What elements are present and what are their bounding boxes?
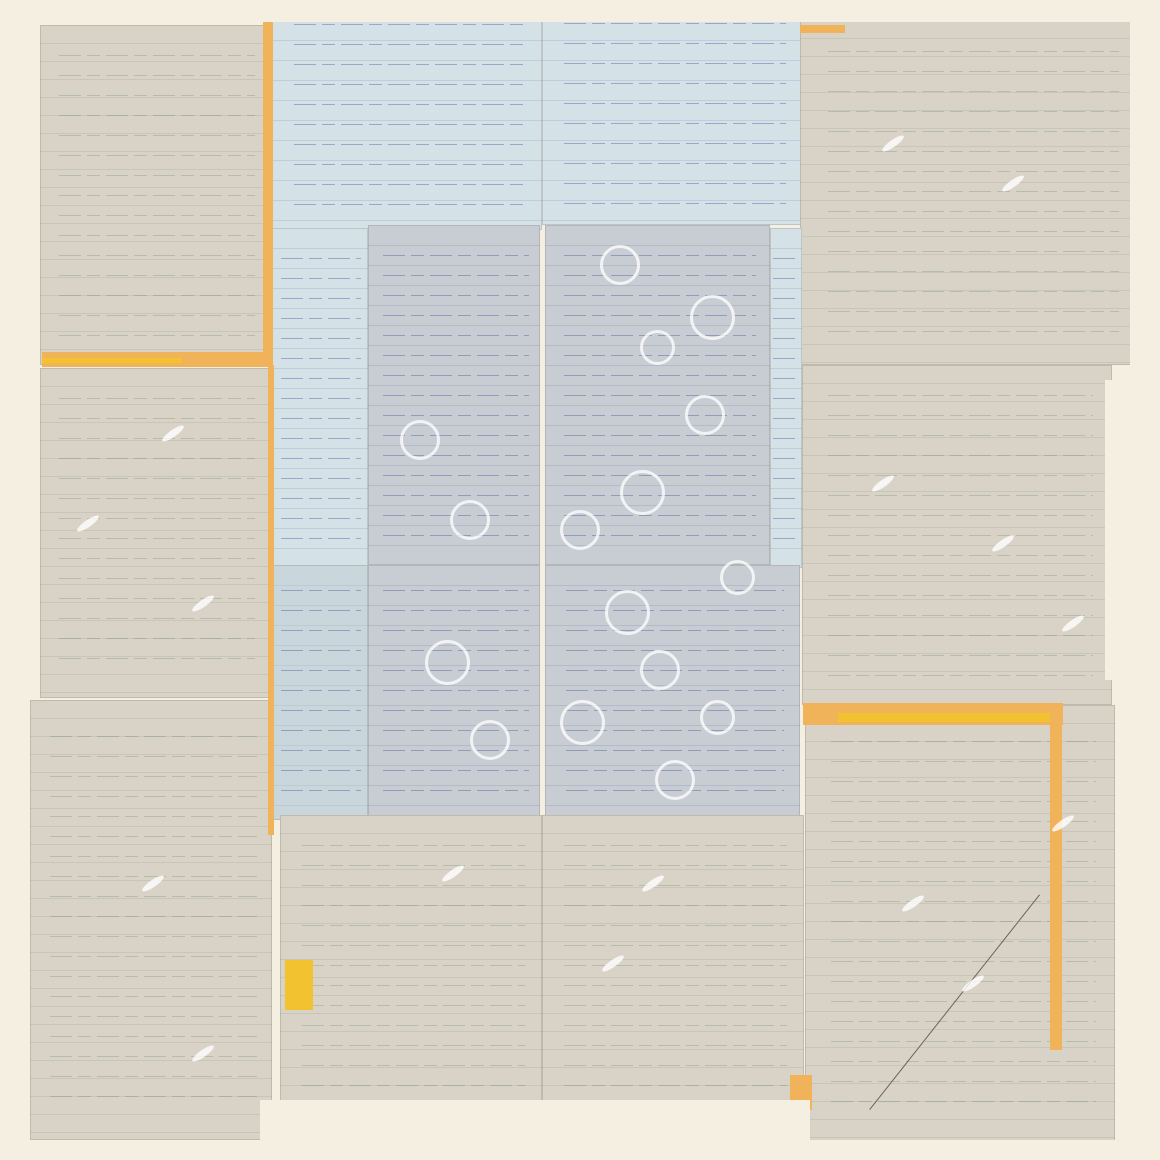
lower-left-mauve-panel (368, 565, 540, 820)
left-mid-letter-panel (40, 368, 270, 698)
tape-right-vertical (1050, 705, 1062, 1050)
bottom-center-left-letter-panel (280, 815, 542, 1145)
white-paint-circle (560, 510, 600, 550)
collage-artwork (0, 0, 1160, 1160)
white-paint-circle (685, 395, 725, 435)
white-paint-circle (700, 700, 735, 735)
white-paint-circle (400, 420, 440, 460)
bottom-center-right-letter-panel (542, 815, 804, 1145)
white-paint-circle (450, 500, 490, 540)
handwriting-texture (828, 386, 1093, 683)
white-paint-circle (640, 330, 675, 365)
handwriting-texture (564, 836, 788, 1125)
white-paint-circle (470, 720, 510, 760)
white-paint-circle (620, 470, 665, 515)
top-center-blue-letter-panel (272, 0, 542, 230)
white-paint-circle (600, 245, 640, 285)
bottom-right-letter-panel (805, 705, 1115, 1145)
tape-right-yellow (838, 713, 1058, 722)
bottom-left-letter-panel (30, 700, 272, 1140)
tape-left-vertical (263, 0, 273, 365)
handwriting-texture (294, 15, 524, 216)
handwriting-texture (281, 581, 362, 804)
white-paint-circle (720, 560, 755, 595)
white-paint-circle (560, 700, 605, 745)
white-paint-circle (690, 295, 735, 340)
white-paint-circle (425, 640, 470, 685)
handwriting-texture (383, 581, 529, 804)
right-mid-letter-panel (802, 365, 1112, 705)
handwriting-texture (59, 46, 255, 343)
handwriting-texture (59, 389, 255, 678)
white-paint-circle (655, 760, 695, 800)
handwriting-texture (302, 836, 526, 1125)
handwriting-texture (564, 14, 786, 210)
white-overpaint (260, 1100, 810, 1160)
handwriting-texture (281, 249, 362, 546)
center-left-blue-strip-panel (272, 228, 368, 568)
top-left-letter-panel (40, 25, 270, 365)
white-overpaint (1105, 380, 1160, 680)
handwriting-texture (50, 727, 256, 1112)
tape-bottom-left-square (285, 960, 313, 1010)
top-right-letter-panel (800, 20, 1140, 365)
top-center-right-blue-panel (542, 0, 802, 225)
tape-left-vertical-lower (268, 365, 274, 835)
tape-left-yellow (42, 358, 182, 363)
white-paint-circle (605, 590, 650, 635)
white-paint-circle (640, 650, 680, 690)
lower-left-blue-panel (272, 565, 368, 820)
white-overpaint (0, 0, 1160, 22)
white-overpaint (0, 380, 40, 700)
tape-top-right-stub (800, 25, 845, 33)
handwriting-texture (828, 42, 1119, 344)
center-right-blue-strip-panel (770, 228, 802, 568)
handwriting-texture (383, 246, 529, 543)
handwriting-texture (773, 249, 799, 546)
